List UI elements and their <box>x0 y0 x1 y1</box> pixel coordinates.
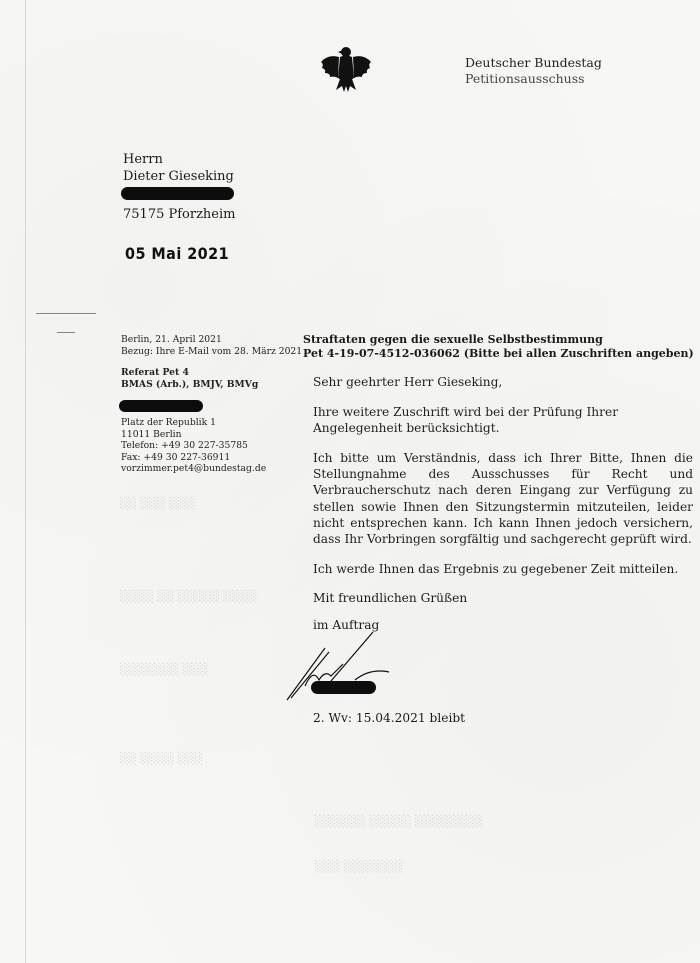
reference-line: Bezug: Ihre E-Mail vom 28. März 2021 <box>121 346 302 358</box>
sender-info-block: Berlin, 21. April 2021 Bezug: Ihre E-Mai… <box>121 334 302 475</box>
fold-mark <box>36 313 96 314</box>
phone: Telefon: +49 30 227-35785 <box>121 440 302 452</box>
recipient-salutation: Herrn <box>123 151 236 168</box>
letter-body: Sehr geehrter Herr Gieseking, Ihre weite… <box>313 374 693 591</box>
department: Referat Pet 4 <box>121 367 189 378</box>
regards: Mit freundlichen Grüßen <box>313 590 467 606</box>
ministries: BMAS (Arb.), BMJV, BMVg <box>121 379 258 390</box>
redacted-contact-name <box>119 400 203 412</box>
petition-reference: Pet 4-19-07-4512-036062 (Bitte bei allen… <box>303 347 694 361</box>
bleed-through-artifact: ░░ ░░░ ░░░ <box>120 497 195 510</box>
address-line-2: 11011 Berlin <box>121 429 302 441</box>
bleed-through-artifact: ░░░ ░░░░░░░ <box>315 860 403 873</box>
bleed-through-artifact: ░░░░░░░ ░░░ <box>120 663 208 676</box>
recipient-city: 75175 Pforzheim <box>123 206 236 223</box>
bleed-through-artifact: ░░ ░░░░ ░░░ <box>120 752 203 765</box>
recipient-address: Herrn Dieter Gieseking 75175 Pforzheim <box>123 151 236 223</box>
bleed-through-artifact: ░░░░░░ ░░░░░ ░░░░░░░░ <box>315 815 483 828</box>
body-paragraph: Ich bitte um Verständnis, dass ich Ihrer… <box>313 450 693 547</box>
email: vorzimmer.pet4@bundestag.de <box>121 463 302 475</box>
redacted-street <box>121 187 234 200</box>
scan-edge-line <box>25 0 26 963</box>
address-line-1: Platz der Republik 1 <box>121 417 302 429</box>
body-paragraph: Ihre weitere Zuschrift wird bei der Prüf… <box>313 404 693 436</box>
institution-name: Deutscher Bundestag <box>465 55 602 71</box>
fax: Fax: +49 30 227-36911 <box>121 452 302 464</box>
redacted-signer-name <box>311 681 376 694</box>
institution-header: Deutscher Bundestag Petitionsausschuss <box>465 55 602 87</box>
body-paragraph: Ich werde Ihnen das Ergebnis zu gegebene… <box>313 561 693 577</box>
subject-block: Straftaten gegen die sexuelle Selbstbest… <box>303 333 694 361</box>
subject-title: Straftaten gegen die sexuelle Selbstbest… <box>303 333 694 347</box>
punch-mark <box>57 332 75 333</box>
bleed-through-artifact: ░░░░ ░░ ░░░░░ ░░░░ <box>120 590 257 603</box>
recipient-name: Dieter Gieseking <box>123 168 236 185</box>
follow-up-note: 2. Wv: 15.04.2021 bleibt <box>313 711 465 725</box>
committee-name: Petitionsausschuss <box>465 71 602 87</box>
greeting: Sehr geehrter Herr Gieseking, <box>313 374 693 390</box>
received-stamp: 05 Mai 2021 <box>125 244 229 263</box>
letter-page: Deutscher Bundestag Petitionsausschuss H… <box>0 0 700 963</box>
federal-eagle-icon <box>318 40 374 96</box>
place-date: Berlin, 21. April 2021 <box>121 334 302 346</box>
